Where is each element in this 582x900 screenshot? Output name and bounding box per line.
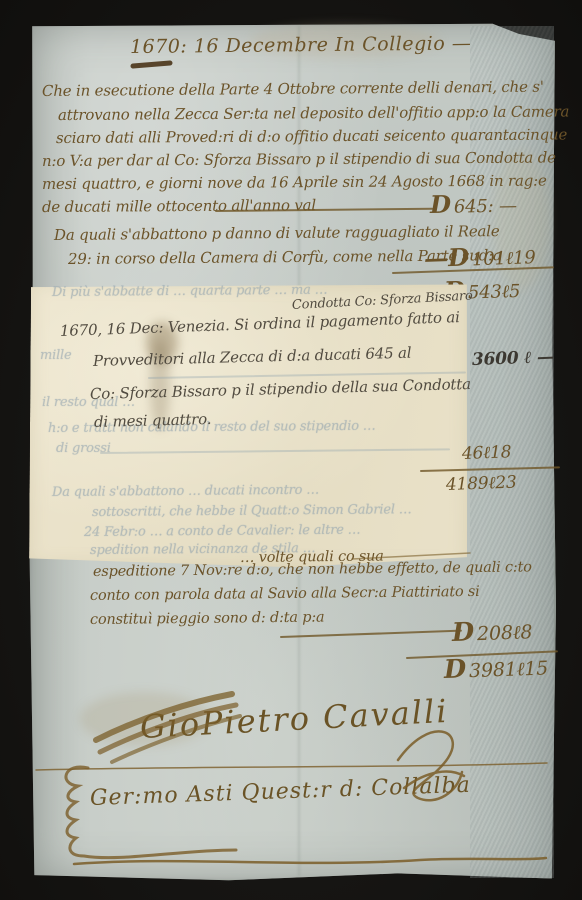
ducat-symbol: —D	[423, 242, 469, 273]
amount-ducats-645: D645: —	[430, 188, 517, 219]
margin-amount-3600: 3600 ℓ —	[472, 347, 554, 370]
ducat-symbol: D	[430, 190, 451, 219]
bleedthrough-line: sottoscritti, che hebbe il Quatt:o Simon…	[92, 502, 412, 520]
amount-value: 3981ℓ15	[469, 657, 549, 682]
amount-total-4189: 4189ℓ23	[446, 473, 517, 495]
ducat-symbol: D	[443, 654, 466, 685]
amount-add-46: 46ℓ18	[462, 442, 512, 464]
amount-value: 645: —	[454, 195, 517, 217]
amount-final-3981: D3981ℓ15	[443, 651, 548, 685]
body-line: de ducati mille ottocento all'anno val	[42, 196, 316, 216]
body-line: constituì pieggio sono d: d:ta p:a	[90, 610, 325, 628]
photo-background: 1670: 16 Decembre In Collegio — Che in e…	[0, 0, 582, 900]
body-line: attrovano nella Zecca Ser:ta nel deposit…	[58, 102, 569, 124]
bleedthrough-line: 24 Febr:o … a conto de Cavalier: le altr…	[84, 523, 361, 540]
amount-deduction-208: D208ℓ8	[451, 615, 532, 648]
body-line: sciaro dati alli Proved:ri di d:o offiti…	[56, 125, 567, 147]
amount-value: 543ℓ5	[468, 281, 521, 303]
amount-value: 208ℓ8	[477, 621, 533, 645]
bleedthrough-line: Da quali s'abbattono … ducati incontro …	[52, 483, 319, 500]
ducat-symbol: D	[451, 617, 474, 648]
bleedthrough-line: mille	[40, 348, 72, 363]
bleedthrough-line: Di più s'abbatte di … quarta parte … ma …	[52, 283, 327, 300]
slip-line: di mesi quattro.	[94, 410, 212, 431]
body-line: n:o V:a per dar al Co: Sforza Bissaro p …	[42, 148, 556, 170]
heading-date-line: 1670: 16 Decembre In Collegio —	[130, 32, 472, 58]
